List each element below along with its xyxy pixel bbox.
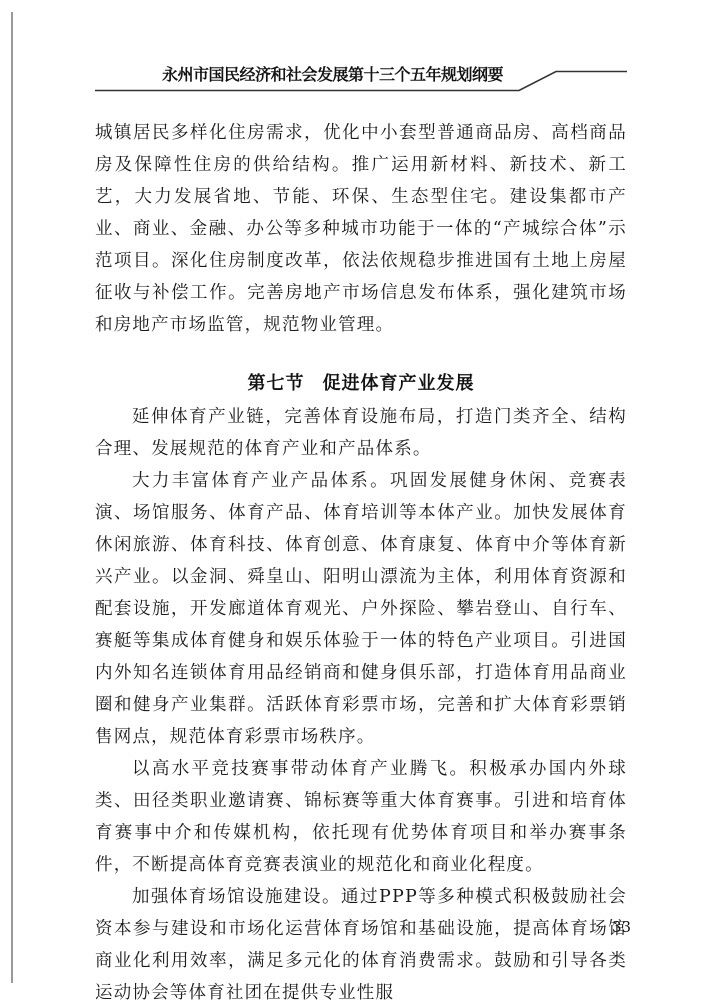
running-head-rule xyxy=(0,0,721,100)
page-body: 城镇居民多样化住房需求，优化中小套型普通商品房、高档商品房及保障性住房的供给结构… xyxy=(95,117,627,1005)
paragraph-venue-construction: 加强体育场馆设施建设。通过PPP等多种模式积极鼓励社会资本参与建设和市场化运营体… xyxy=(95,881,627,1005)
running-head-title: 永州市国民经济和社会发展第十三个五年规划纲要 xyxy=(150,65,515,85)
running-head: 永州市国民经济和社会发展第十三个五年规划纲要 xyxy=(0,0,721,100)
paragraph-product-system: 大力丰富体育产业产品体系。巩固发展健身休闲、竞赛表演、场馆服务、体育产品、体育培… xyxy=(95,465,627,753)
section-heading: 第七节促进体育产业发展 xyxy=(95,368,627,400)
section-title: 促进体育产业发展 xyxy=(323,373,475,394)
paragraph-competitive-events: 以高水平竞技赛事带动体育产业腾飞。积极承办国内外球类、田径类职业邀请赛、锦标赛等… xyxy=(95,753,627,881)
page-number: 33 xyxy=(612,918,630,936)
section-number: 第七节 xyxy=(248,373,305,394)
paragraph-intro: 延伸体育产业链，完善体育设施布局，打造门类齐全、结构合理、发展规范的体育产业和产… xyxy=(95,401,627,465)
page-edge-rule xyxy=(11,12,13,983)
continuation-paragraph: 城镇居民多样化住房需求，优化中小套型普通商品房、高档商品房及保障性住房的供给结构… xyxy=(95,117,627,341)
